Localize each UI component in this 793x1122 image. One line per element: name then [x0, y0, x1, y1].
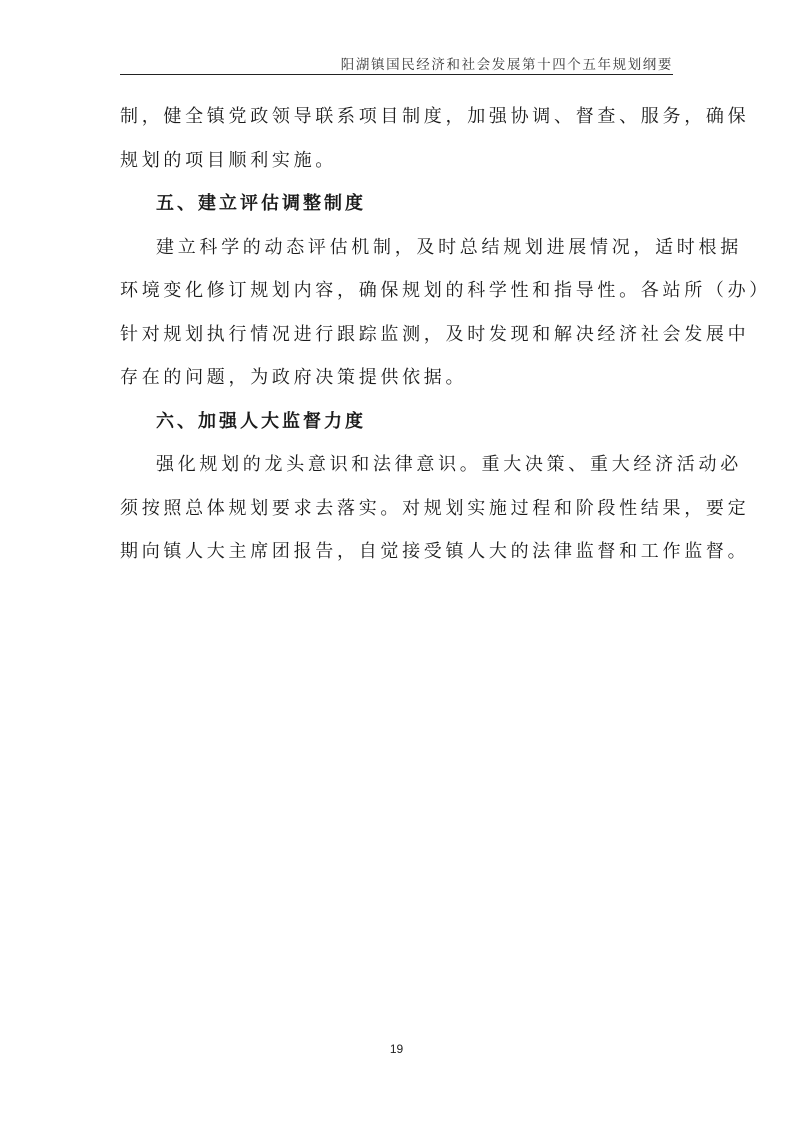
running-header: 阳湖镇国民经济和社会发展第十四个五年规划纲要 [120, 53, 673, 73]
paragraph-line: 须按照总体规划要求去落实。对规划实施过程和阶段性结果，要定 [120, 493, 680, 524]
paragraph-line: 强化规划的龙头意识和法律意识。重大决策、重大经济活动必 [120, 449, 680, 480]
paragraph-line: 针对规划执行情况进行跟踪监测，及时发现和解决经济社会发展中 [120, 319, 680, 350]
document-body: 制，健全镇党政领导联系项目制度，加强协调、督查、服务，确保 规划的项目顺利实施。… [120, 101, 680, 580]
paragraph-line: 制，健全镇党政领导联系项目制度，加强协调、督查、服务，确保 [120, 101, 680, 132]
section-heading-5: 五、建立评估调整制度 [120, 188, 680, 219]
header-divider [120, 74, 673, 75]
paragraph-line: 建立科学的动态评估机制，及时总结规划进展情况，适时根据 [120, 232, 680, 263]
paragraph-line: 期向镇人大主席团报告，自觉接受镇人大的法律监督和工作监督。 [120, 536, 680, 567]
section-heading-6: 六、加强人大监督力度 [120, 406, 680, 437]
paragraph-line: 规划的项目顺利实施。 [120, 145, 680, 176]
paragraph-line: 存在的问题，为政府决策提供依据。 [120, 362, 680, 393]
paragraph-line: 环境变化修订规划内容，确保规划的科学性和指导性。各站所（办） [120, 275, 680, 306]
page-number: 19 [0, 1042, 793, 1056]
